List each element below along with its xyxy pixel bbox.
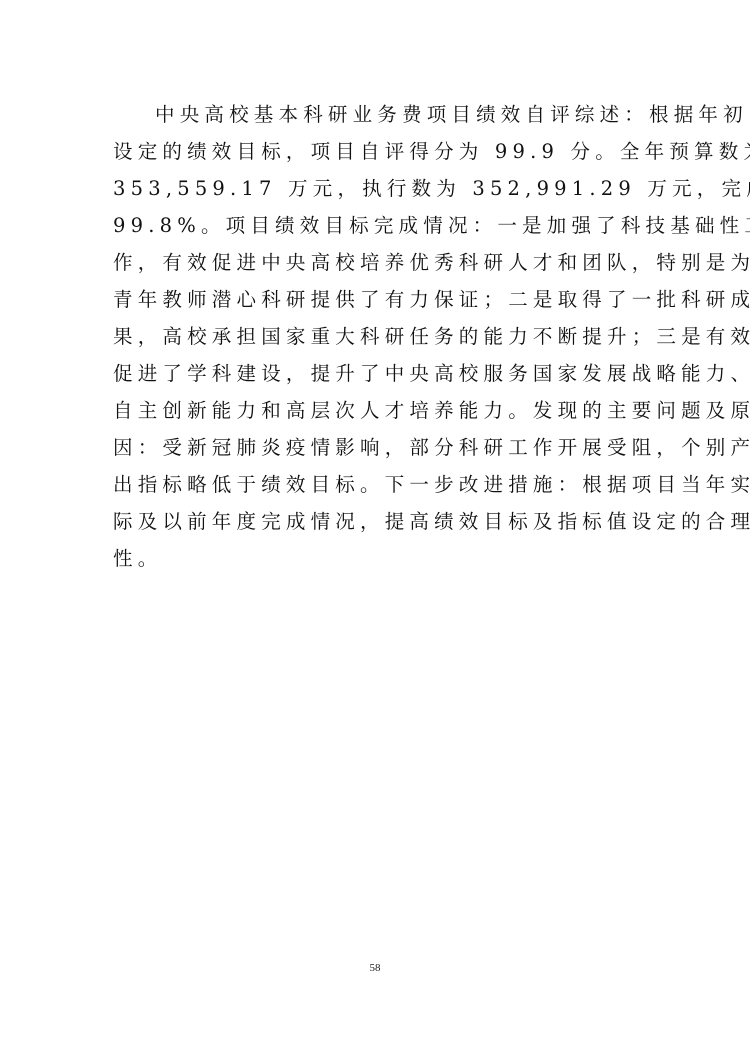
page-number: 58 (0, 962, 750, 974)
paragraph-line-6: 青年教师潜心科研提供了有力保证；二是取得了一批科研成 (113, 281, 635, 318)
paragraph-line-10: 因：受新冠肺炎疫情影响，部分科研工作开展受阻，个别产 (113, 429, 635, 466)
paragraph-line-2: 设定的绩效目标，项目自评得分为 99.9 分。全年预算数为 (113, 133, 635, 170)
document-page: 中央高校基本科研业务费项目绩效自评综述：根据年初 设定的绩效目标，项目自评得分为… (0, 0, 750, 1060)
paragraph-line-12: 际及以前年度完成情况，提高绩效目标及指标值设定的合理 (113, 503, 635, 540)
paragraph-line-5: 作，有效促进中央高校培养优秀科研人才和团队，特别是为 (113, 244, 635, 281)
paragraph-line-11: 出指标略低于绩效目标。下一步改进措施：根据项目当年实 (113, 466, 635, 503)
paragraph-line-4: 99.8%。项目绩效目标完成情况：一是加强了科技基础性工 (113, 207, 635, 244)
paragraph-line-13: 性。 (113, 540, 635, 577)
performance-summary-paragraph: 中央高校基本科研业务费项目绩效自评综述：根据年初 设定的绩效目标，项目自评得分为… (113, 96, 635, 577)
paragraph-line-8: 促进了学科建设，提升了中央高校服务国家发展战略能力、 (113, 355, 635, 392)
paragraph-line-3: 353,559.17 万元，执行数为 352,991.29 万元，完成预算的 (113, 170, 635, 207)
paragraph-line-1: 中央高校基本科研业务费项目绩效自评综述：根据年初 (113, 96, 635, 133)
paragraph-line-7: 果，高校承担国家重大科研任务的能力不断提升；三是有效 (113, 318, 635, 355)
paragraph-line-9: 自主创新能力和高层次人才培养能力。发现的主要问题及原 (113, 392, 635, 429)
